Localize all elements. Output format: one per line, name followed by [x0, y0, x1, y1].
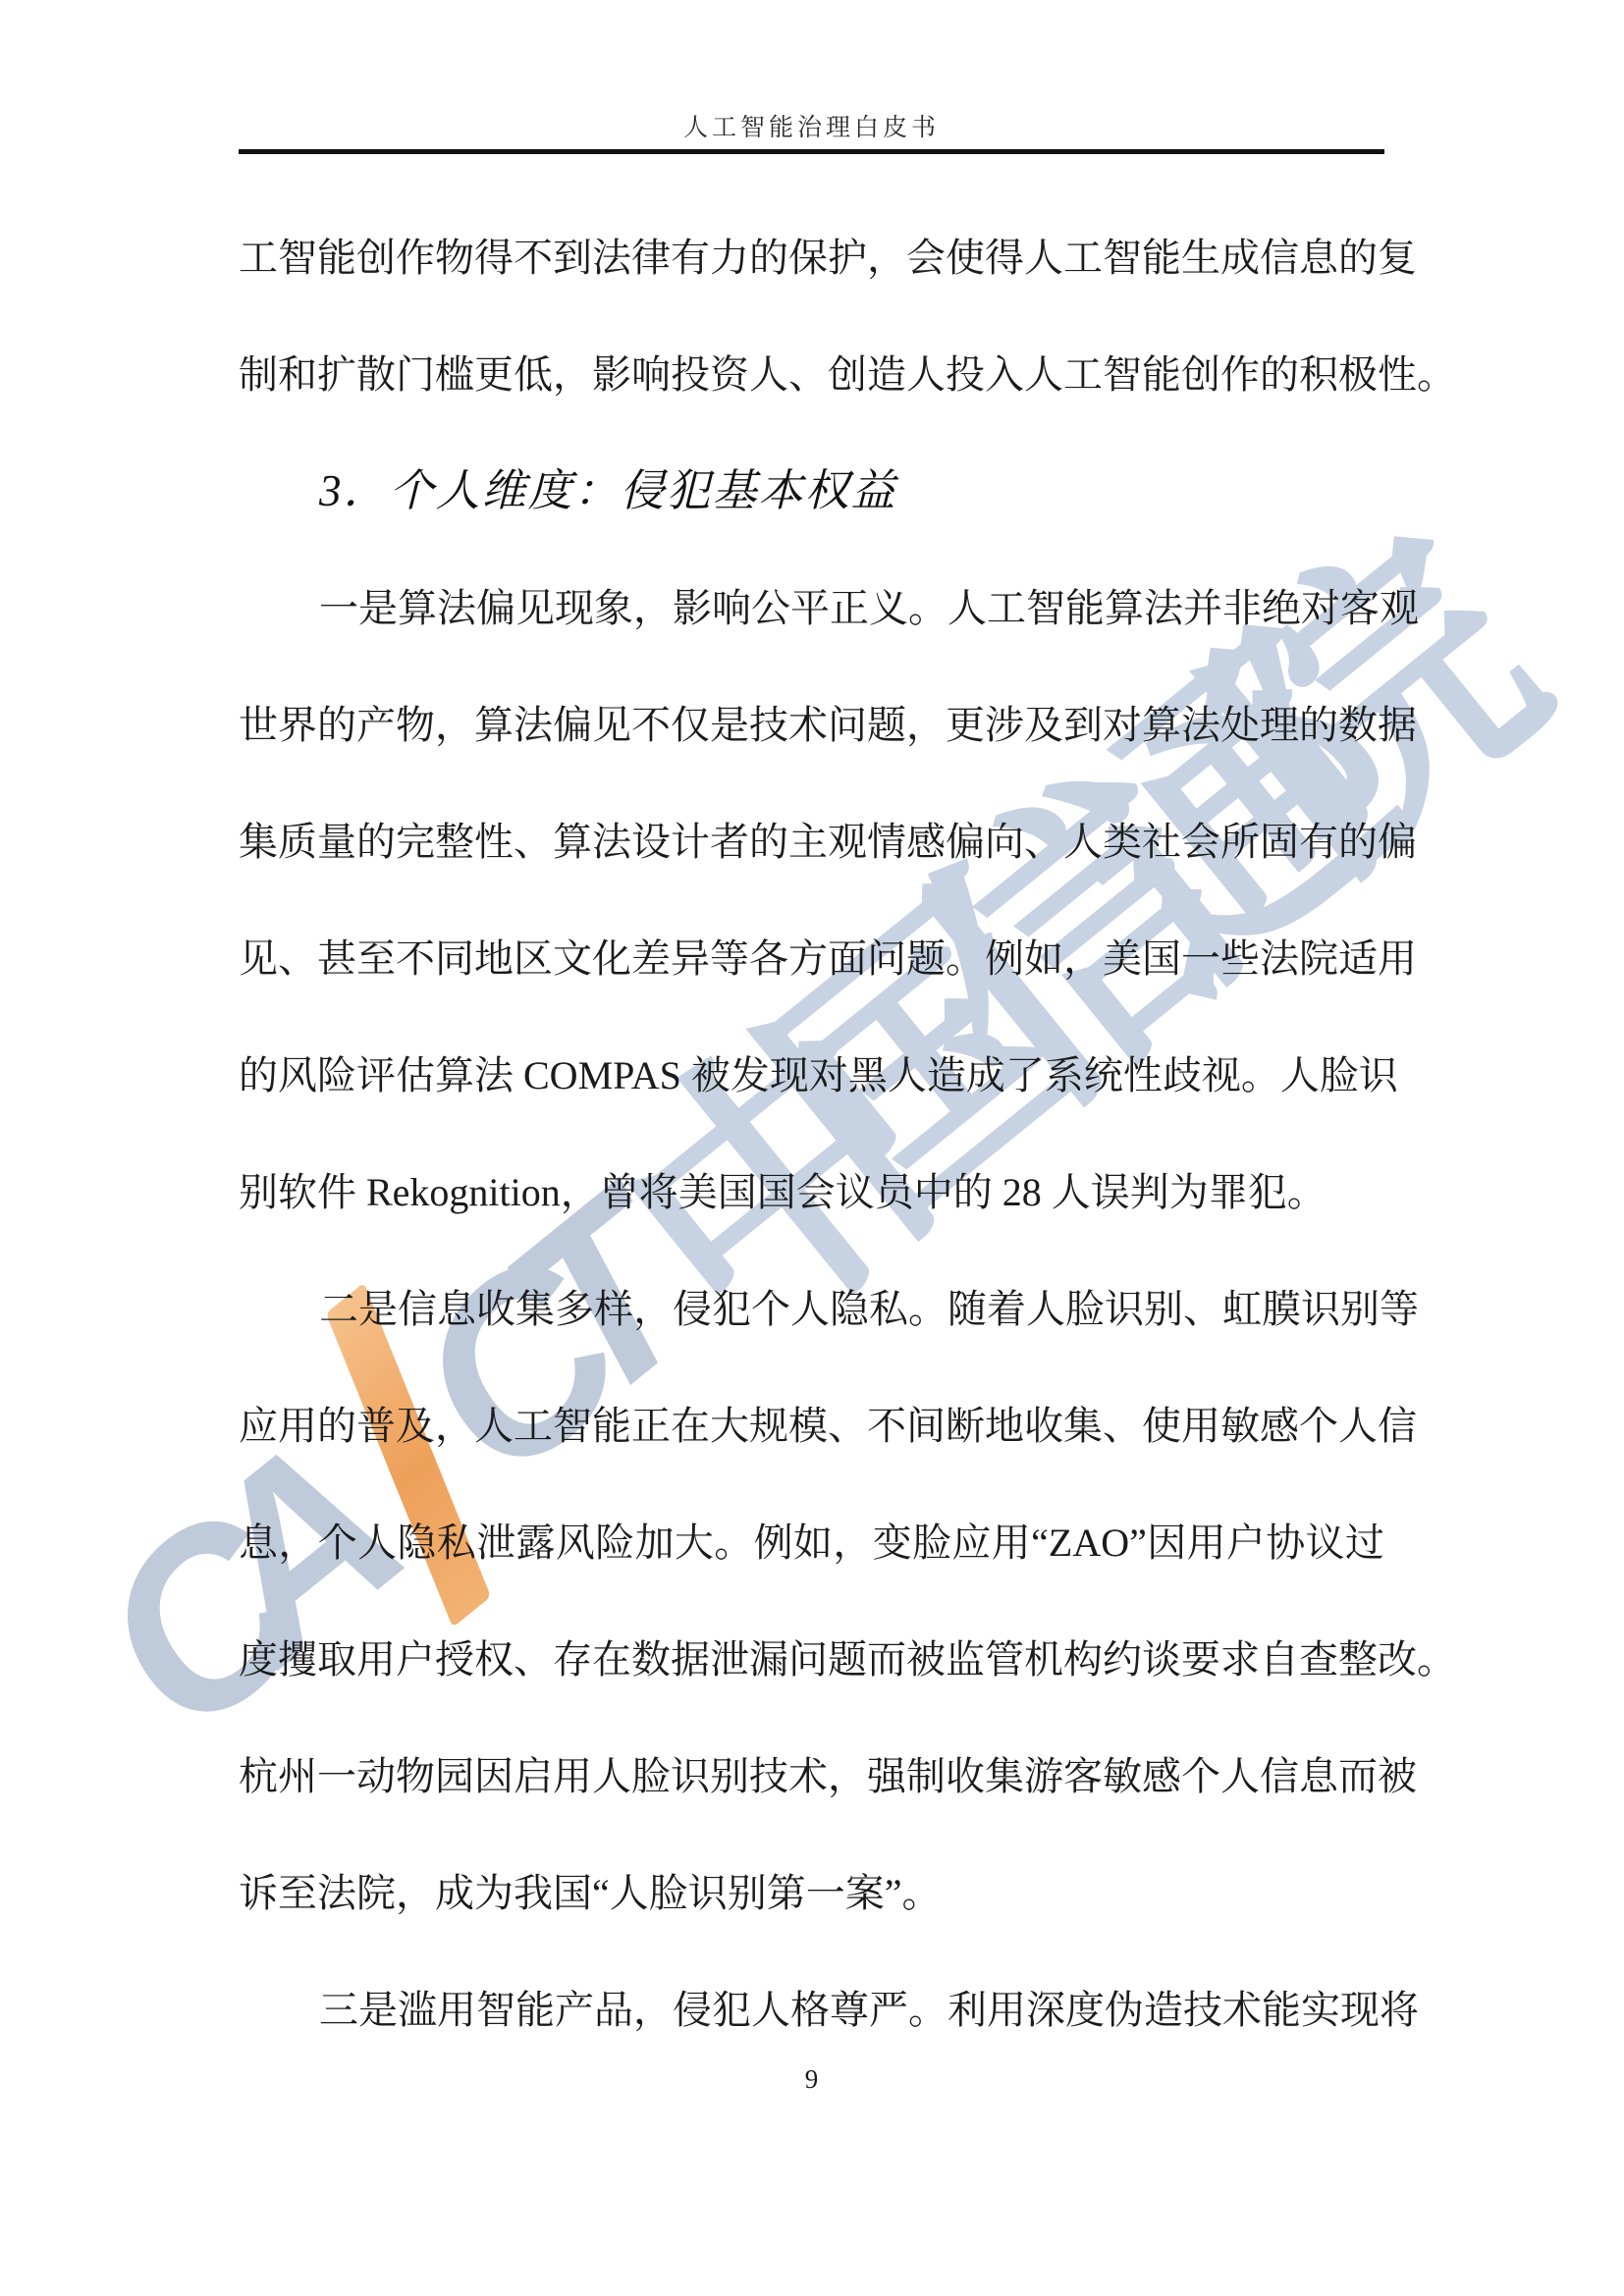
text-line: 杭州一动物园因启用人脸识别技术，强制收集游客敏感个人信息而被 [239, 1718, 1384, 1835]
text-line: 别软件 Rekognition，曾将美国国会议员中的 28 人误判为罪犯。 [239, 1134, 1384, 1251]
text-line: 集质量的完整性、算法设计者的主观情感偏向、人类社会所固有的偏 [239, 783, 1384, 900]
page-header-title: 人工智能治理白皮书 [239, 108, 1384, 143]
text-line: 应用的普及，人工智能正在大规模、不间断地收集、使用敏感个人信 [239, 1367, 1384, 1484]
text-line: 制和扩散门槛更低，影响投资人、创造人投入人工智能创作的积极性。 [239, 316, 1384, 433]
text-line: 三是滥用智能产品，侵犯人格尊严。利用深度伪造技术能实现将 [239, 1951, 1384, 2068]
text-line: 一是算法偏见现象，影响公平正义。人工智能算法并非绝对客观 [239, 550, 1384, 667]
text-line: 工智能创作物得不到法律有力的保护，会使得人工智能生成信息的复 [239, 199, 1384, 316]
page-number: 9 [239, 2064, 1384, 2095]
section-heading: 3．个人维度：侵犯基本权益 [239, 433, 1384, 550]
text-line: 见、甚至不同地区文化差异等各方面问题。例如，美国一些法院适用 [239, 900, 1384, 1017]
text-line: 息，个人隐私泄露风险加大。例如，变脸应用“ZAO”因用户协议过 [239, 1484, 1384, 1601]
text-line: 世界的产物，算法偏见不仅是技术问题，更涉及到对算法处理的数据 [239, 667, 1384, 783]
text-line: 诉至法院，成为我国“人脸识别第一案”。 [239, 1835, 1384, 1951]
text-line: 度攫取用户授权、存在数据泄漏问题而被监管机构约谈要求自查整改。 [239, 1601, 1384, 1718]
body-content: 工智能创作物得不到法律有力的保护，会使得人工智能生成信息的复 制和扩散门槛更低，… [239, 199, 1384, 2068]
document-page: CA CT 中国信通院 人工智能治理白皮书 工智能创作物得不到法律有力的保护，会… [0, 0, 1624, 2296]
header-divider [239, 149, 1384, 154]
text-line: 的风险评估算法 COMPAS 被发现对黑人造成了系统性歧视。人脸识 [239, 1017, 1384, 1134]
text-line: 二是信息收集多样，侵犯个人隐私。随着人脸识别、虹膜识别等 [239, 1251, 1384, 1367]
